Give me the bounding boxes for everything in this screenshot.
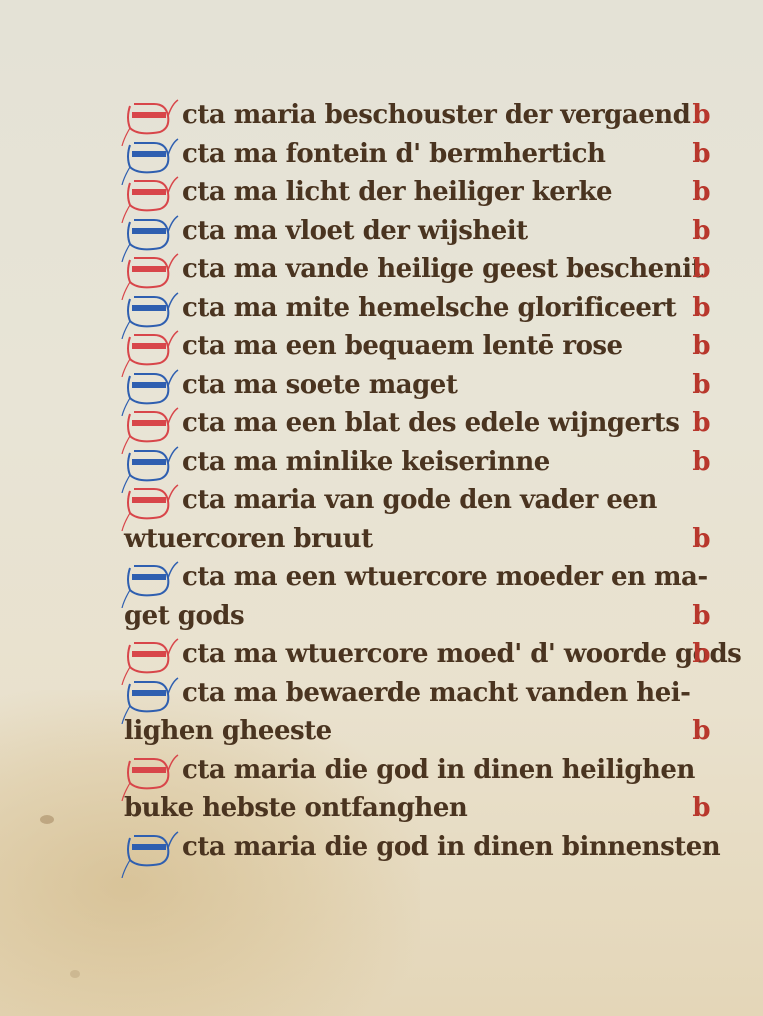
blue-decorated-initial-icon bbox=[120, 830, 176, 870]
rubricated-response: b bbox=[692, 96, 710, 135]
blue-decorated-initial-icon bbox=[120, 214, 176, 254]
rubricated-response: b bbox=[692, 520, 710, 559]
manuscript-line-text: cta maria van gode den vader een bbox=[182, 481, 657, 520]
blue-decorated-initial-icon bbox=[120, 137, 176, 177]
rubricated-response: b bbox=[692, 712, 710, 751]
blue-decorated-initial-icon bbox=[120, 368, 176, 408]
manuscript-line: cta ma vande heilige geest beschenitb bbox=[118, 250, 718, 289]
manuscript-line-text: cta ma wtuercore moed' d' woorde gods bbox=[182, 635, 741, 674]
manuscript-line: lighen gheesteb bbox=[118, 712, 718, 751]
manuscript-line: cta ma wtuercore moed' d' woorde godsb bbox=[118, 635, 718, 674]
manuscript-line-text: lighen gheeste bbox=[124, 712, 332, 751]
manuscript-line-text: cta ma een blat des edele wijngerts bbox=[182, 404, 679, 443]
red-decorated-initial-icon bbox=[120, 637, 176, 677]
rubricated-response: b bbox=[692, 443, 710, 482]
manuscript-line: cta ma een blat des edele wijngertsb bbox=[118, 404, 718, 443]
manuscript-line-text: cta ma een bequaem lentē rose bbox=[182, 327, 623, 366]
red-decorated-initial-icon bbox=[120, 329, 176, 369]
red-decorated-initial-icon bbox=[120, 252, 176, 292]
manuscript-text-block: cta maria beschouster der vergaendbcta m… bbox=[118, 96, 718, 866]
blue-decorated-initial-icon bbox=[120, 291, 176, 331]
manuscript-line-text: get gods bbox=[124, 597, 244, 636]
rubricated-response: b bbox=[692, 597, 710, 636]
manuscript-line-text: cta ma mite hemelsche glorificeert bbox=[182, 289, 676, 328]
manuscript-line: cta maria die god in dinen binnensten bbox=[118, 828, 718, 867]
manuscript-line: cta maria beschouster der vergaendb bbox=[118, 96, 718, 135]
manuscript-line-text: cta ma licht der heiliger kerke bbox=[182, 173, 612, 212]
rubricated-response: b bbox=[692, 404, 710, 443]
manuscript-line: get godsb bbox=[118, 597, 718, 636]
manuscript-line-text: wtuercoren bruut bbox=[124, 520, 373, 559]
manuscript-line: cta ma licht der heiliger kerkeb bbox=[118, 173, 718, 212]
manuscript-line-text: cta maria die god in dinen heilighen bbox=[182, 751, 695, 790]
manuscript-line: cta ma fontein d' bermhertichb bbox=[118, 135, 718, 174]
manuscript-line: cta ma minlike keiserinneb bbox=[118, 443, 718, 482]
red-decorated-initial-icon bbox=[120, 406, 176, 446]
manuscript-line-text: buke hebste ontfanghen bbox=[124, 789, 467, 828]
red-decorated-initial-icon bbox=[120, 483, 176, 523]
manuscript-line: buke hebste ontfanghenb bbox=[118, 789, 718, 828]
manuscript-line-text: cta ma bewaerde macht vanden hei- bbox=[182, 674, 690, 713]
manuscript-line-text: cta ma fontein d' bermhertich bbox=[182, 135, 605, 174]
manuscript-line: cta ma een wtuercore moeder en ma- bbox=[118, 558, 718, 597]
blue-decorated-initial-icon bbox=[120, 445, 176, 485]
manuscript-line: cta maria die god in dinen heilighen bbox=[118, 751, 718, 790]
blue-decorated-initial-icon bbox=[120, 560, 176, 600]
rubricated-response: b bbox=[692, 789, 710, 828]
blue-decorated-initial-icon bbox=[120, 676, 176, 716]
manuscript-line-text: cta ma soete maget bbox=[182, 366, 457, 405]
manuscript-line: wtuercoren bruutb bbox=[118, 520, 718, 559]
foxing-spot bbox=[40, 815, 54, 824]
manuscript-line: cta ma bewaerde macht vanden hei- bbox=[118, 674, 718, 713]
manuscript-line: cta maria van gode den vader een bbox=[118, 481, 718, 520]
foxing-spot bbox=[70, 970, 80, 978]
manuscript-line-text: cta maria beschouster der vergaend bbox=[182, 96, 690, 135]
rubricated-response: b bbox=[692, 366, 710, 405]
red-decorated-initial-icon bbox=[120, 98, 176, 138]
manuscript-line-text: cta ma minlike keiserinne bbox=[182, 443, 550, 482]
manuscript-line: cta ma vloet der wijsheitb bbox=[118, 212, 718, 251]
rubricated-response: b bbox=[692, 250, 710, 289]
manuscript-line-text: cta maria die god in dinen binnensten bbox=[182, 828, 720, 867]
manuscript-line-text: cta ma vloet der wijsheit bbox=[182, 212, 528, 251]
rubricated-response: b bbox=[692, 135, 710, 174]
rubricated-response: b bbox=[692, 212, 710, 251]
manuscript-line: cta ma soete magetb bbox=[118, 366, 718, 405]
rubricated-response: b bbox=[692, 327, 710, 366]
red-decorated-initial-icon bbox=[120, 175, 176, 215]
rubricated-response: b bbox=[692, 173, 710, 212]
manuscript-line: cta ma een bequaem lentē roseb bbox=[118, 327, 718, 366]
manuscript-line-text: cta ma vande heilige geest beschenit bbox=[182, 250, 703, 289]
manuscript-line: cta ma mite hemelsche glorificeertb bbox=[118, 289, 718, 328]
rubricated-response: b bbox=[692, 289, 710, 328]
rubricated-response: b bbox=[692, 635, 710, 674]
red-decorated-initial-icon bbox=[120, 753, 176, 793]
manuscript-line-text: cta ma een wtuercore moeder en ma- bbox=[182, 558, 708, 597]
